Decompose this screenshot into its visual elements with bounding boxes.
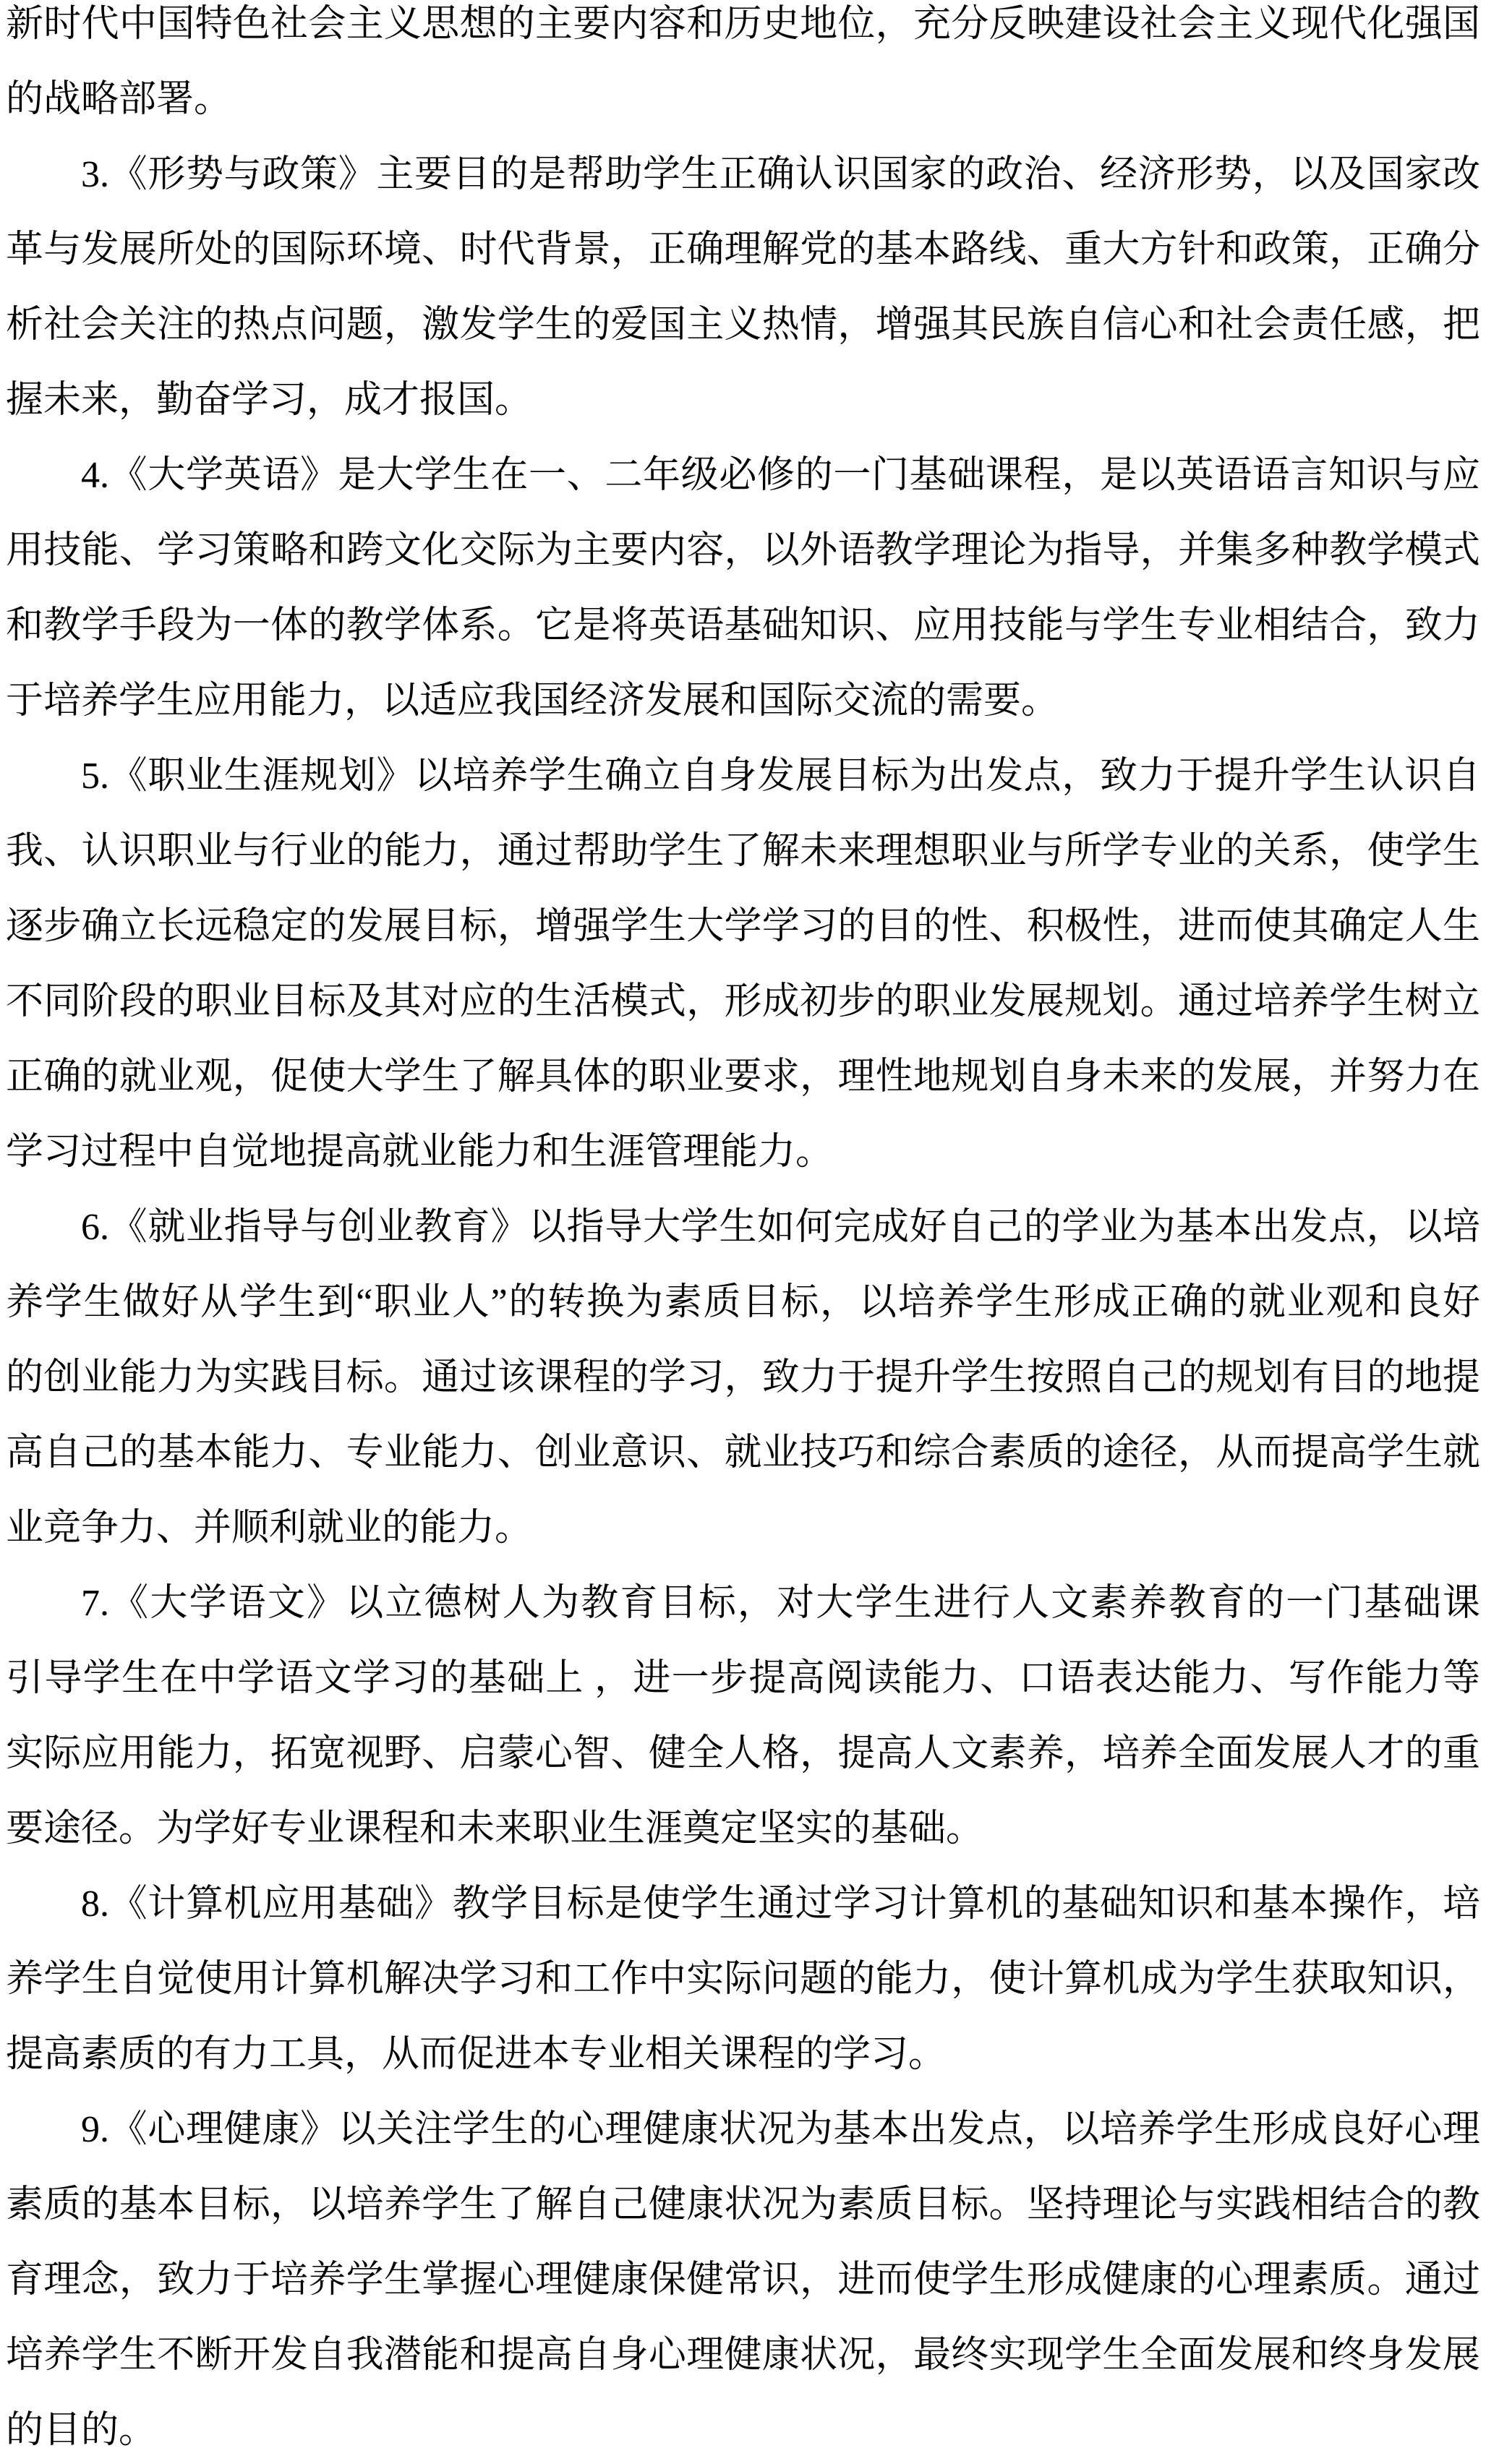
text-line: 提高素质的有力工具，从而促进本专业相关课程的学习。 [6,2017,1480,2092]
text-line: 的创业能力为实践目标。通过该课程的学习，致力于提升学生按照自己的规划有目的地提 [6,1340,1480,1416]
text-line: 革与发展所处的国际环境、时代背景，正确理解党的基本路线、重大方针和政策，正确分 [6,213,1480,288]
text-line: 9.《心理健康》以关注学生的心理健康状况为基本出发点，以培养学生形成良好心理 [6,2092,1480,2168]
text-line: 用技能、学习策略和跨文化交际为主要内容，以外语教学理论为指导，并集多种教学模式 [6,513,1480,589]
text-line: 3.《形势与政策》主要目的是帮助学生正确认识国家的政治、经济形势，以及国家改 [6,137,1480,213]
text-line: 实际应用能力，拓宽视野、启蒙心智、健全人格，提高人文素养，培养全面发展人才的重 [6,1716,1480,1792]
text-line: 和教学手段为一体的教学体系。它是将英语基础知识、应用技能与学生专业相结合，致力 [6,589,1480,664]
text-line: 我、认识职业与行业的能力，通过帮助学生了解未来理想职业与所学专业的关系，使学生 [6,814,1480,889]
text-line: 育理念，致力于培养学生掌握心理健康保健常识，进而使学生形成健康的心理素质。通过 [6,2243,1480,2318]
text-line: 于培养学生应用能力，以适应我国经济发展和国际交流的需要。 [6,664,1480,739]
text-line: 养学生做好从学生到“职业人”的转换为素质目标，以培养学生形成正确的就业观和良好 [6,1265,1480,1340]
text-line: 逐步确立长远稳定的发展目标，增强学生大学学习的目的性、积极性，进而使其确定人生 [6,889,1480,964]
text-line: 业竞争力、并顺利就业的能力。 [6,1491,1480,1566]
text-line: 4.《大学英语》是大学生在一、二年级必修的一门基础课程，是以英语语言知识与应 [6,438,1480,513]
text-line: 培养学生不断开发自我潜能和提高自身心理健康状况，最终实现学生全面发展和终身发展 [6,2318,1480,2393]
text-line: 学习过程中自觉地提高就业能力和生涯管理能力。 [6,1115,1480,1190]
text-line: 析社会关注的热点问题，激发学生的爱国主义热情，增强其民族自信心和社会责任感，把 [6,288,1480,363]
text-line: 不同阶段的职业目标及其对应的生活模式，形成初步的职业发展规划。通过培养学生树立 [6,964,1480,1040]
text-line: 握未来，勤奋学习，成才报国。 [6,363,1480,438]
document-page: 新时代中国特色社会主义思想的主要内容和历史地位，充分反映建设社会主义现代化强国的… [0,0,1486,2464]
text-line: 5.《职业生涯规划》以培养学生确立自身发展目标为出发点，致力于提升学生认识自 [6,739,1480,814]
text-line: 素质的基本目标，以培养学生了解自己健康状况为素质目标。坚持理论与实践相结合的教 [6,2168,1480,2243]
text-line: 要途径。为学好专业课程和未来职业生涯奠定坚实的基础。 [6,1792,1480,1867]
text-line: 引导学生在中学语文学习的基础上 ，进一步提高阅读能力、口语表达能力、写作能力等 [6,1641,1480,1716]
text-line: 新时代中国特色社会主义思想的主要内容和历史地位，充分反映建设社会主义现代化强国 [6,0,1480,62]
text-line: 养学生自觉使用计算机解决学习和工作中实际问题的能力，使计算机成为学生获取知识， [6,1942,1480,2017]
text-line: 正确的就业观，促使大学生了解具体的职业要求，理性地规划自身未来的发展，并努力在 [6,1040,1480,1115]
text-line: 的目的。 [6,2393,1480,2464]
text-line: 高自己的基本能力、专业能力、创业意识、就业技巧和综合素质的途径，从而提高学生就 [6,1416,1480,1491]
text-line: 的战略部署。 [6,62,1480,137]
text-line: 8.《计算机应用基础》教学目标是使学生通过学习计算机的基础知识和基本操作，培 [6,1867,1480,1942]
text-line: 6.《就业指导与创业教育》以指导大学生如何完成好自己的学业为基本出发点，以培 [6,1190,1480,1265]
text-line: 7.《大学语文》以立德树人为教育目标，对大学生进行人文素养教育的一门基础课程。 [6,1566,1480,1641]
